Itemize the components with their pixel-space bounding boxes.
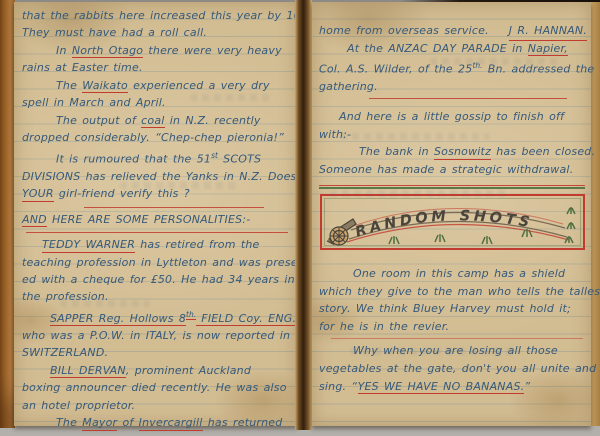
text-segment: DIVISIONS has relieved the Yanks in N.Z.… (22, 170, 297, 183)
text-segment: in N.Z. recently (165, 114, 261, 127)
left-page: that the rabbits here increased this yea… (14, 2, 297, 426)
text-segment: They must have had a roll call. (22, 26, 207, 39)
ink-rule (331, 338, 583, 339)
text-segment: coal (141, 114, 164, 129)
text-line: They must have had a roll call. (22, 24, 290, 41)
text-segment: The (56, 416, 82, 429)
right-page-text-bottom: One room in this camp has a shieldwhich … (319, 265, 587, 395)
text-line: And here is a little gossip to finish of… (319, 108, 587, 126)
text-line: gathering. (319, 78, 587, 96)
text-segment: th. (472, 61, 482, 70)
text-segment: rains at Easter time. (22, 61, 143, 74)
text-line: The output of coal in N.Z. recently (22, 112, 290, 129)
ink-rule (369, 98, 567, 99)
text-line: SWITZERLAND. (22, 344, 290, 361)
right-page: home from overseas service.J R. HANNAN.A… (312, 2, 591, 426)
text-segment: TEDDY WARNER (42, 238, 135, 253)
text-segment: st (211, 151, 218, 160)
text-segment: has returned (203, 416, 283, 429)
text-segment: Mayor (82, 416, 117, 431)
text-line: DIVISIONS has relieved the Yanks in N.Z.… (22, 168, 290, 185)
text-segment: SAPPER Reg. Hollows 8 (50, 312, 186, 327)
text-segment: BILL DERVAN (50, 364, 126, 379)
text-line: The Mayor of Invercargill has returned (22, 414, 290, 431)
text-line: which they give to the man who tells the… (319, 283, 587, 301)
banner-title-text: RANDOM SHOTS (353, 209, 534, 241)
text-segment: for he is in the revier. (319, 320, 449, 333)
text-segment: SWITZERLAND. (22, 346, 108, 359)
text-segment: teaching profession in Lyttleton and was… (22, 256, 309, 269)
text-segment: spell in March and April. (22, 96, 166, 109)
notebook-spread: that the rabbits here increased this yea… (0, 0, 600, 436)
right-page-text-top: home from overseas service.J R. HANNAN.A… (319, 22, 587, 189)
text-segment: Waikato (82, 79, 128, 94)
text-segment: J R. HANNAN. (509, 22, 587, 41)
random-shots-banner: RANDOM SHOTS (319, 192, 587, 258)
text-line: The bank in Sosnowitz has been closed. (319, 143, 587, 161)
text-segment: vegetables at the gate, don't you all un… (319, 362, 596, 375)
left-page-text: that the rabbits here increased this yea… (22, 7, 290, 432)
text-line: home from overseas service.J R. HANNAN. (319, 22, 587, 40)
text-line: TEDDY WARNER has retired from the (22, 236, 290, 253)
text-line: sing. “YES WE HAVE NO BANANAS.” (319, 378, 587, 396)
text-segment: YOUR (22, 187, 54, 202)
text-segment: In (56, 44, 72, 57)
text-segment: Bn. addressed the (483, 63, 595, 76)
text-segment: One room in this camp has a shield (353, 267, 565, 280)
text-line: Someone has made a strategic withdrawal. (319, 161, 587, 179)
text-segment: Why when you are losing all those (353, 344, 558, 357)
text-segment: an hotel proprietor. (22, 399, 135, 412)
text-segment: sing. “ (319, 380, 358, 393)
text-line: BILL DERVAN, prominent Auckland (22, 362, 290, 379)
text-segment: story. We think Bluey Harvey must hold i… (319, 302, 571, 315)
text-line: In North Otago there were very heavy (22, 42, 290, 59)
text-segment: the profession. (22, 290, 109, 303)
text-line: boxing announcer died recently. He was a… (22, 379, 290, 396)
text-segment: And here is a little gossip to finish of… (339, 110, 564, 123)
page-stack-edge-left (0, 0, 15, 428)
text-segment: that the rabbits here increased this yea… (22, 9, 315, 22)
text-segment: At the ANZAC DAY PARADE in (347, 42, 528, 55)
text-segment: SCOTS (218, 152, 261, 165)
text-line: with:- (319, 126, 587, 144)
text-segment: girl-friend verify this ? (54, 187, 190, 200)
text-segment: FIELD Coy. ENG. (196, 312, 296, 327)
text-segment: th. (186, 310, 196, 321)
text-segment: The output of (56, 114, 141, 127)
text-line: The Waikato experienced a very dry (22, 77, 290, 94)
text-segment: North Otago (72, 44, 143, 59)
text-segment: AND (22, 213, 47, 228)
text-segment: experienced a very dry (128, 79, 270, 92)
text-segment: has retired from the (135, 238, 259, 251)
text-segment: YES WE HAVE NO BANANAS. (358, 380, 525, 395)
text-line: Col. A.S. Wilder, of the 25th. Bn. addre… (319, 57, 587, 78)
text-line: vegetables at the gate, don't you all un… (319, 360, 587, 378)
text-line: spell in March and April. (22, 94, 290, 111)
text-line: It is rumoured that the 51st SCOTS (22, 147, 290, 168)
text-line: One room in this camp has a shield (319, 265, 587, 283)
text-line: Why when you are losing all those (319, 342, 587, 360)
text-line: story. We think Bluey Harvey must hold i… (319, 300, 587, 318)
text-line: At the ANZAC DAY PARADE in Napier, (319, 40, 587, 58)
text-segment: Col. A.S. Wilder, of the 25 (319, 63, 472, 76)
text-line: SAPPER Reg. Hollows 8th. FIELD Coy. ENG. (22, 306, 290, 327)
text-segment: of (117, 416, 138, 429)
text-segment: home from overseas service. (319, 24, 489, 37)
notebook-binding (295, 0, 312, 430)
text-line: an hotel proprietor. (22, 397, 290, 414)
text-segment: which they give to the man who tells the… (319, 285, 600, 298)
text-line: who was a P.O.W. in ITALY, is now report… (22, 327, 290, 344)
text-line: for he is in the revier. (319, 318, 587, 336)
ink-rule (84, 207, 264, 208)
text-segment: boxing announcer died recently. He was a… (22, 381, 287, 394)
text-segment: there were very heavy (143, 44, 282, 57)
text-segment: It is rumoured that the 51 (56, 152, 211, 165)
text-segment: The (56, 79, 82, 92)
text-line: ed with a cheque for £50. He had 34 year… (22, 271, 290, 288)
random-shots-banner-drawing: RANDOM SHOTS (319, 192, 587, 252)
text-segment: with:- (319, 128, 351, 141)
text-line: AND HERE ARE SOME PERSONALITIES:- (22, 211, 290, 228)
text-segment: Someone has made a strategic withdrawal. (319, 163, 573, 176)
text-segment: ” (524, 380, 530, 393)
text-line: the profession. (22, 288, 290, 305)
text-segment: HERE ARE SOME PERSONALITIES:- (47, 213, 251, 226)
ink-rule (26, 232, 288, 233)
text-segment: gathering. (319, 80, 378, 93)
text-line: rains at Easter time. (22, 59, 290, 76)
text-segment: Invercargill (139, 416, 203, 431)
text-segment: , prominent Auckland (126, 364, 251, 377)
text-segment: has been closed. (491, 145, 595, 158)
text-segment: The bank in (359, 145, 434, 158)
text-segment: dropped considerably. “Chep-chep pieroni… (22, 131, 284, 144)
text-line: teaching profession in Lyttleton and was… (22, 254, 290, 271)
ink-rule (319, 185, 585, 189)
text-line: that the rabbits here increased this yea… (22, 7, 290, 24)
text-segment: ed with a cheque for £50. He had 34 year… (22, 273, 295, 286)
text-segment: Sosnowitz (434, 145, 491, 160)
text-line: dropped considerably. “Chep-chep pieroni… (22, 129, 290, 146)
text-segment: who was a P.O.W. in ITALY, is now report… (22, 329, 290, 342)
text-line: YOUR girl-friend verify this ? (22, 185, 290, 202)
text-segment: Napier, (528, 42, 568, 57)
